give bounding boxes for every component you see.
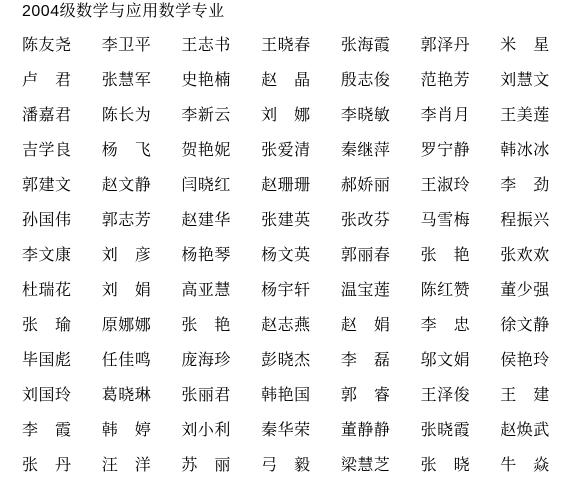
roster-row: 李 霞韩 婷刘小利秦华荣董静静张晓霞赵焕武 xyxy=(22,413,580,448)
student-name: 王泽俊 xyxy=(421,378,501,413)
roster-row: 张 瑜原娜娜张 艳赵志燕赵 娟李 忠徐文静 xyxy=(22,308,580,343)
student-name: 董少强 xyxy=(500,273,580,308)
student-name: 潘嘉君 xyxy=(22,98,102,133)
student-name: 李 劲 xyxy=(500,168,580,203)
student-name: 原娜娜 xyxy=(102,308,182,343)
student-name: 李 磊 xyxy=(341,343,421,378)
student-name: 张海霞 xyxy=(341,28,421,63)
roster-row: 杜瑞花刘 娟高亚慧杨宇轩温宝莲陈红赞董少强 xyxy=(22,273,580,308)
student-name: 米 星 xyxy=(500,28,580,63)
student-name: 赵焕武 xyxy=(500,413,580,448)
student-name: 赵志燕 xyxy=(261,308,341,343)
student-name: 赵珊珊 xyxy=(261,168,341,203)
student-name: 杨 飞 xyxy=(102,133,182,168)
student-name: 张 瑜 xyxy=(22,308,102,343)
student-name: 李 忠 xyxy=(421,308,501,343)
student-name: 王志书 xyxy=(181,28,261,63)
student-name: 李晓敏 xyxy=(341,98,421,133)
student-name: 刘 娟 xyxy=(102,273,182,308)
student-name: 赵建华 xyxy=(181,203,261,238)
student-name: 吉学良 xyxy=(22,133,102,168)
student-name: 牛 焱 xyxy=(500,448,580,483)
student-name: 张慧军 xyxy=(102,63,182,98)
document-page: 2004级数学与应用数学专业 陈友尧李卫平王志书王晓春张海霞郭泽丹米 星卢 君张… xyxy=(0,0,580,485)
roster-row: 毕国彪任佳鸣庞海珍彭晓杰李 磊邬文娟侯艳玲 xyxy=(22,343,580,378)
student-name: 赵 娟 xyxy=(341,308,421,343)
student-name: 殷志俊 xyxy=(341,63,421,98)
student-name: 彭晓杰 xyxy=(261,343,341,378)
student-name: 刘国玲 xyxy=(22,378,102,413)
student-name: 赵 晶 xyxy=(261,63,341,98)
student-name: 刘小利 xyxy=(181,413,261,448)
student-name: 郭建文 xyxy=(22,168,102,203)
student-name: 刘 娜 xyxy=(261,98,341,133)
student-name: 刘慧文 xyxy=(500,63,580,98)
student-name: 庞海珍 xyxy=(181,343,261,378)
student-name: 杨宇轩 xyxy=(261,273,341,308)
student-name: 张建英 xyxy=(261,203,341,238)
student-name: 王晓春 xyxy=(261,28,341,63)
page-title: 2004级数学与应用数学专业 xyxy=(22,3,225,21)
student-name: 李 霞 xyxy=(22,413,102,448)
roster-row: 吉学良杨 飞贺艳妮张爱清秦继萍罗宁静韩冰冰 xyxy=(22,133,580,168)
student-name: 李肖月 xyxy=(421,98,501,133)
student-name: 杨文英 xyxy=(261,238,341,273)
student-name: 杨艳琴 xyxy=(181,238,261,273)
student-name: 任佳鸣 xyxy=(102,343,182,378)
roster-row: 陈友尧李卫平王志书王晓春张海霞郭泽丹米 星 xyxy=(22,28,580,63)
student-name: 张 晓 xyxy=(421,448,501,483)
student-name: 秦华荣 xyxy=(261,413,341,448)
student-name: 张 丹 xyxy=(22,448,102,483)
student-name: 赵文静 xyxy=(102,168,182,203)
student-name: 张爱清 xyxy=(261,133,341,168)
student-name: 弓 毅 xyxy=(261,448,341,483)
roster-row: 李文康刘 彦杨艳琴杨文英郭丽春张 艳张欢欢 xyxy=(22,238,580,273)
student-name: 张丽君 xyxy=(181,378,261,413)
student-name: 李文康 xyxy=(22,238,102,273)
student-name: 汪 洋 xyxy=(102,448,182,483)
student-name: 郝娇丽 xyxy=(341,168,421,203)
student-name: 郭泽丹 xyxy=(421,28,501,63)
student-name: 邬文娟 xyxy=(421,343,501,378)
student-name: 张 艳 xyxy=(181,308,261,343)
student-name: 李卫平 xyxy=(102,28,182,63)
student-name: 杜瑞花 xyxy=(22,273,102,308)
student-name: 闫晓红 xyxy=(181,168,261,203)
student-name: 陈长为 xyxy=(102,98,182,133)
student-name: 王 建 xyxy=(500,378,580,413)
student-name: 郭 睿 xyxy=(341,378,421,413)
student-name: 秦继萍 xyxy=(341,133,421,168)
student-name: 贺艳妮 xyxy=(181,133,261,168)
student-name: 王美莲 xyxy=(500,98,580,133)
student-name: 韩艳国 xyxy=(261,378,341,413)
roster-row: 郭建文赵文静闫晓红赵珊珊郝娇丽王淑玲李 劲 xyxy=(22,168,580,203)
student-name: 陈红赞 xyxy=(421,273,501,308)
student-name: 卢 君 xyxy=(22,63,102,98)
student-name: 梁慧芝 xyxy=(341,448,421,483)
student-name: 范艳芳 xyxy=(421,63,501,98)
student-name: 孙国伟 xyxy=(22,203,102,238)
student-name: 徐文静 xyxy=(500,308,580,343)
student-name: 韩 婷 xyxy=(102,413,182,448)
roster-row: 卢 君张慧军史艳楠赵 晶殷志俊范艳芳刘慧文 xyxy=(22,63,580,98)
student-name: 张改芬 xyxy=(341,203,421,238)
student-name: 韩冰冰 xyxy=(500,133,580,168)
student-name: 张 艳 xyxy=(421,238,501,273)
student-name: 毕国彪 xyxy=(22,343,102,378)
student-name: 张晓霞 xyxy=(421,413,501,448)
student-name: 程振兴 xyxy=(500,203,580,238)
student-name: 陈友尧 xyxy=(22,28,102,63)
student-name: 王淑玲 xyxy=(421,168,501,203)
roster-row: 潘嘉君陈长为李新云刘 娜李晓敏李肖月王美莲 xyxy=(22,98,580,133)
student-name: 张欢欢 xyxy=(500,238,580,273)
student-name: 郭丽春 xyxy=(341,238,421,273)
roster-row: 张 丹汪 洋苏 丽弓 毅梁慧芝张 晓牛 焱 xyxy=(22,448,580,483)
student-name: 马雪梅 xyxy=(421,203,501,238)
student-name: 董静静 xyxy=(341,413,421,448)
student-name: 郭志芳 xyxy=(102,203,182,238)
student-name: 葛晓琳 xyxy=(102,378,182,413)
student-name: 史艳楠 xyxy=(181,63,261,98)
roster-row: 刘国玲葛晓琳张丽君韩艳国郭 睿王泽俊王 建 xyxy=(22,378,580,413)
student-name: 侯艳玲 xyxy=(500,343,580,378)
student-name: 刘 彦 xyxy=(102,238,182,273)
student-roster: 陈友尧李卫平王志书王晓春张海霞郭泽丹米 星卢 君张慧军史艳楠赵 晶殷志俊范艳芳刘… xyxy=(22,28,580,483)
roster-row: 孙国伟郭志芳赵建华张建英张改芬马雪梅程振兴 xyxy=(22,203,580,238)
student-name: 温宝莲 xyxy=(341,273,421,308)
student-name: 李新云 xyxy=(181,98,261,133)
student-name: 苏 丽 xyxy=(181,448,261,483)
student-name: 高亚慧 xyxy=(181,273,261,308)
student-name: 罗宁静 xyxy=(421,133,501,168)
